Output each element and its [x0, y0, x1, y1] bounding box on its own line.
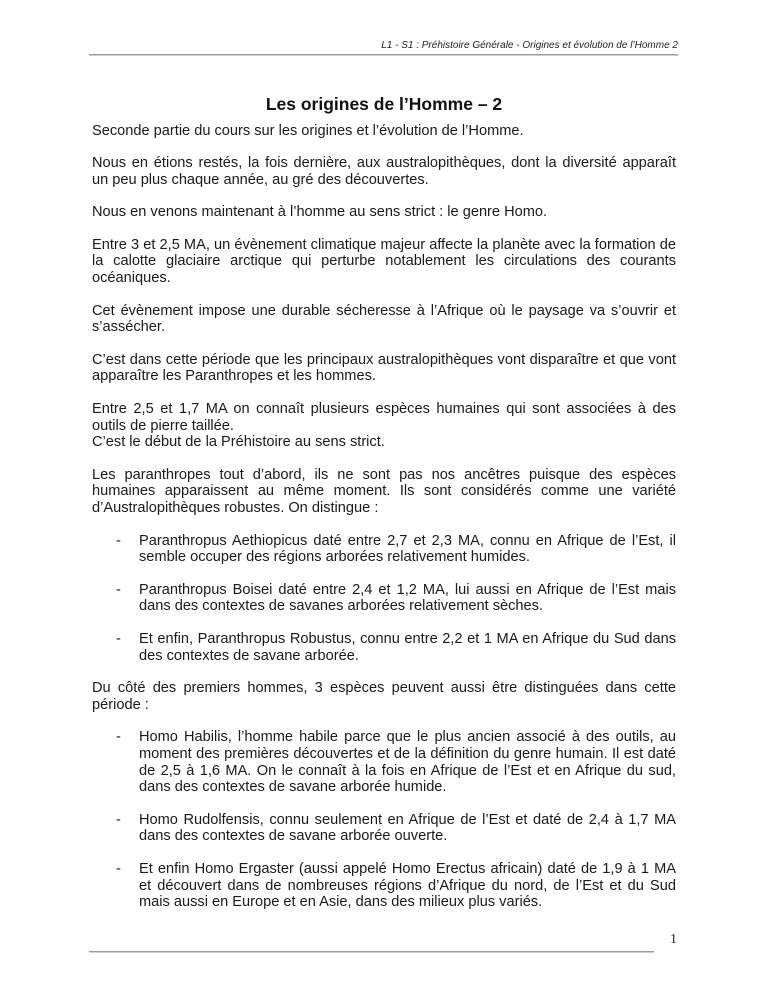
bullet-dash-icon: -	[116, 631, 121, 648]
document-title: Les origines de l’Homme – 2	[92, 94, 676, 114]
homo-species-list: - Homo Habilis, l’homme habile parce que…	[92, 729, 676, 911]
list-item-aethiopicus: - Paranthropus Aethiopicus daté entre 2,…	[92, 533, 676, 567]
page-number: 1	[670, 932, 677, 948]
paragraph-period: C’est dans cette période que les princip…	[92, 352, 676, 386]
paragraph-stone-tools: Entre 2,5 et 1,7 MA on connaît plusieurs…	[92, 401, 676, 451]
paragraph-intro: Seconde partie du cours sur les origines…	[92, 123, 676, 140]
header-divider	[89, 54, 678, 55]
paragraph-paranthropes-intro: Les paranthropes tout d’abord, ils ne so…	[92, 467, 676, 517]
document-body: Les origines de l’Homme – 2 Seconde part…	[92, 94, 676, 927]
running-header: L1 - S1 : Préhistoire Générale - Origine…	[89, 39, 678, 54]
list-item-ergaster: - Et enfin Homo Ergaster (aussi appelé H…	[92, 861, 676, 911]
prehistory-start-line: C’est le début de la Préhistoire au sens…	[92, 434, 676, 451]
stone-tools-line: Entre 2,5 et 1,7 MA on connaît plusieurs…	[92, 401, 676, 435]
paragraph-climate-event: Entre 3 et 2,5 MA, un évènement climatiq…	[92, 237, 676, 287]
list-item-robustus: - Et enfin, Paranthropus Robustus, connu…	[92, 631, 676, 665]
paragraph-drought: Cet évènement impose une durable séchere…	[92, 303, 676, 337]
list-item-text: Paranthropus Boisei daté entre 2,4 et 1,…	[139, 582, 676, 615]
paranthropes-list: - Paranthropus Aethiopicus daté entre 2,…	[92, 533, 676, 665]
list-item-text: Homo Habilis, l’homme habile parce que l…	[139, 729, 676, 795]
list-item-text: Homo Rudolfensis, connu seulement en Afr…	[139, 812, 676, 845]
list-item-text: Paranthropus Aethiopicus daté entre 2,7 …	[139, 533, 676, 566]
bullet-dash-icon: -	[116, 582, 121, 599]
paragraph-homo-intro: Du côté des premiers hommes, 3 espèces p…	[92, 680, 676, 714]
list-item-habilis: - Homo Habilis, l’homme habile parce que…	[92, 729, 676, 796]
paragraph-australopithecines: Nous en étions restés, la fois dernière,…	[92, 155, 676, 189]
footer-divider	[89, 951, 654, 952]
list-item-rudolfensis: - Homo Rudolfensis, connu seulement en A…	[92, 812, 676, 846]
bullet-dash-icon: -	[116, 533, 121, 550]
bullet-dash-icon: -	[116, 861, 121, 878]
list-item-text: Et enfin, Paranthropus Robustus, connu e…	[139, 631, 676, 664]
bullet-dash-icon: -	[116, 812, 121, 829]
paragraph-genre-homo: Nous en venons maintenant à l’homme au s…	[92, 204, 676, 221]
list-item-boisei: - Paranthropus Boisei daté entre 2,4 et …	[92, 582, 676, 616]
bullet-dash-icon: -	[116, 729, 121, 746]
list-item-text: Et enfin Homo Ergaster (aussi appelé Hom…	[139, 861, 676, 911]
